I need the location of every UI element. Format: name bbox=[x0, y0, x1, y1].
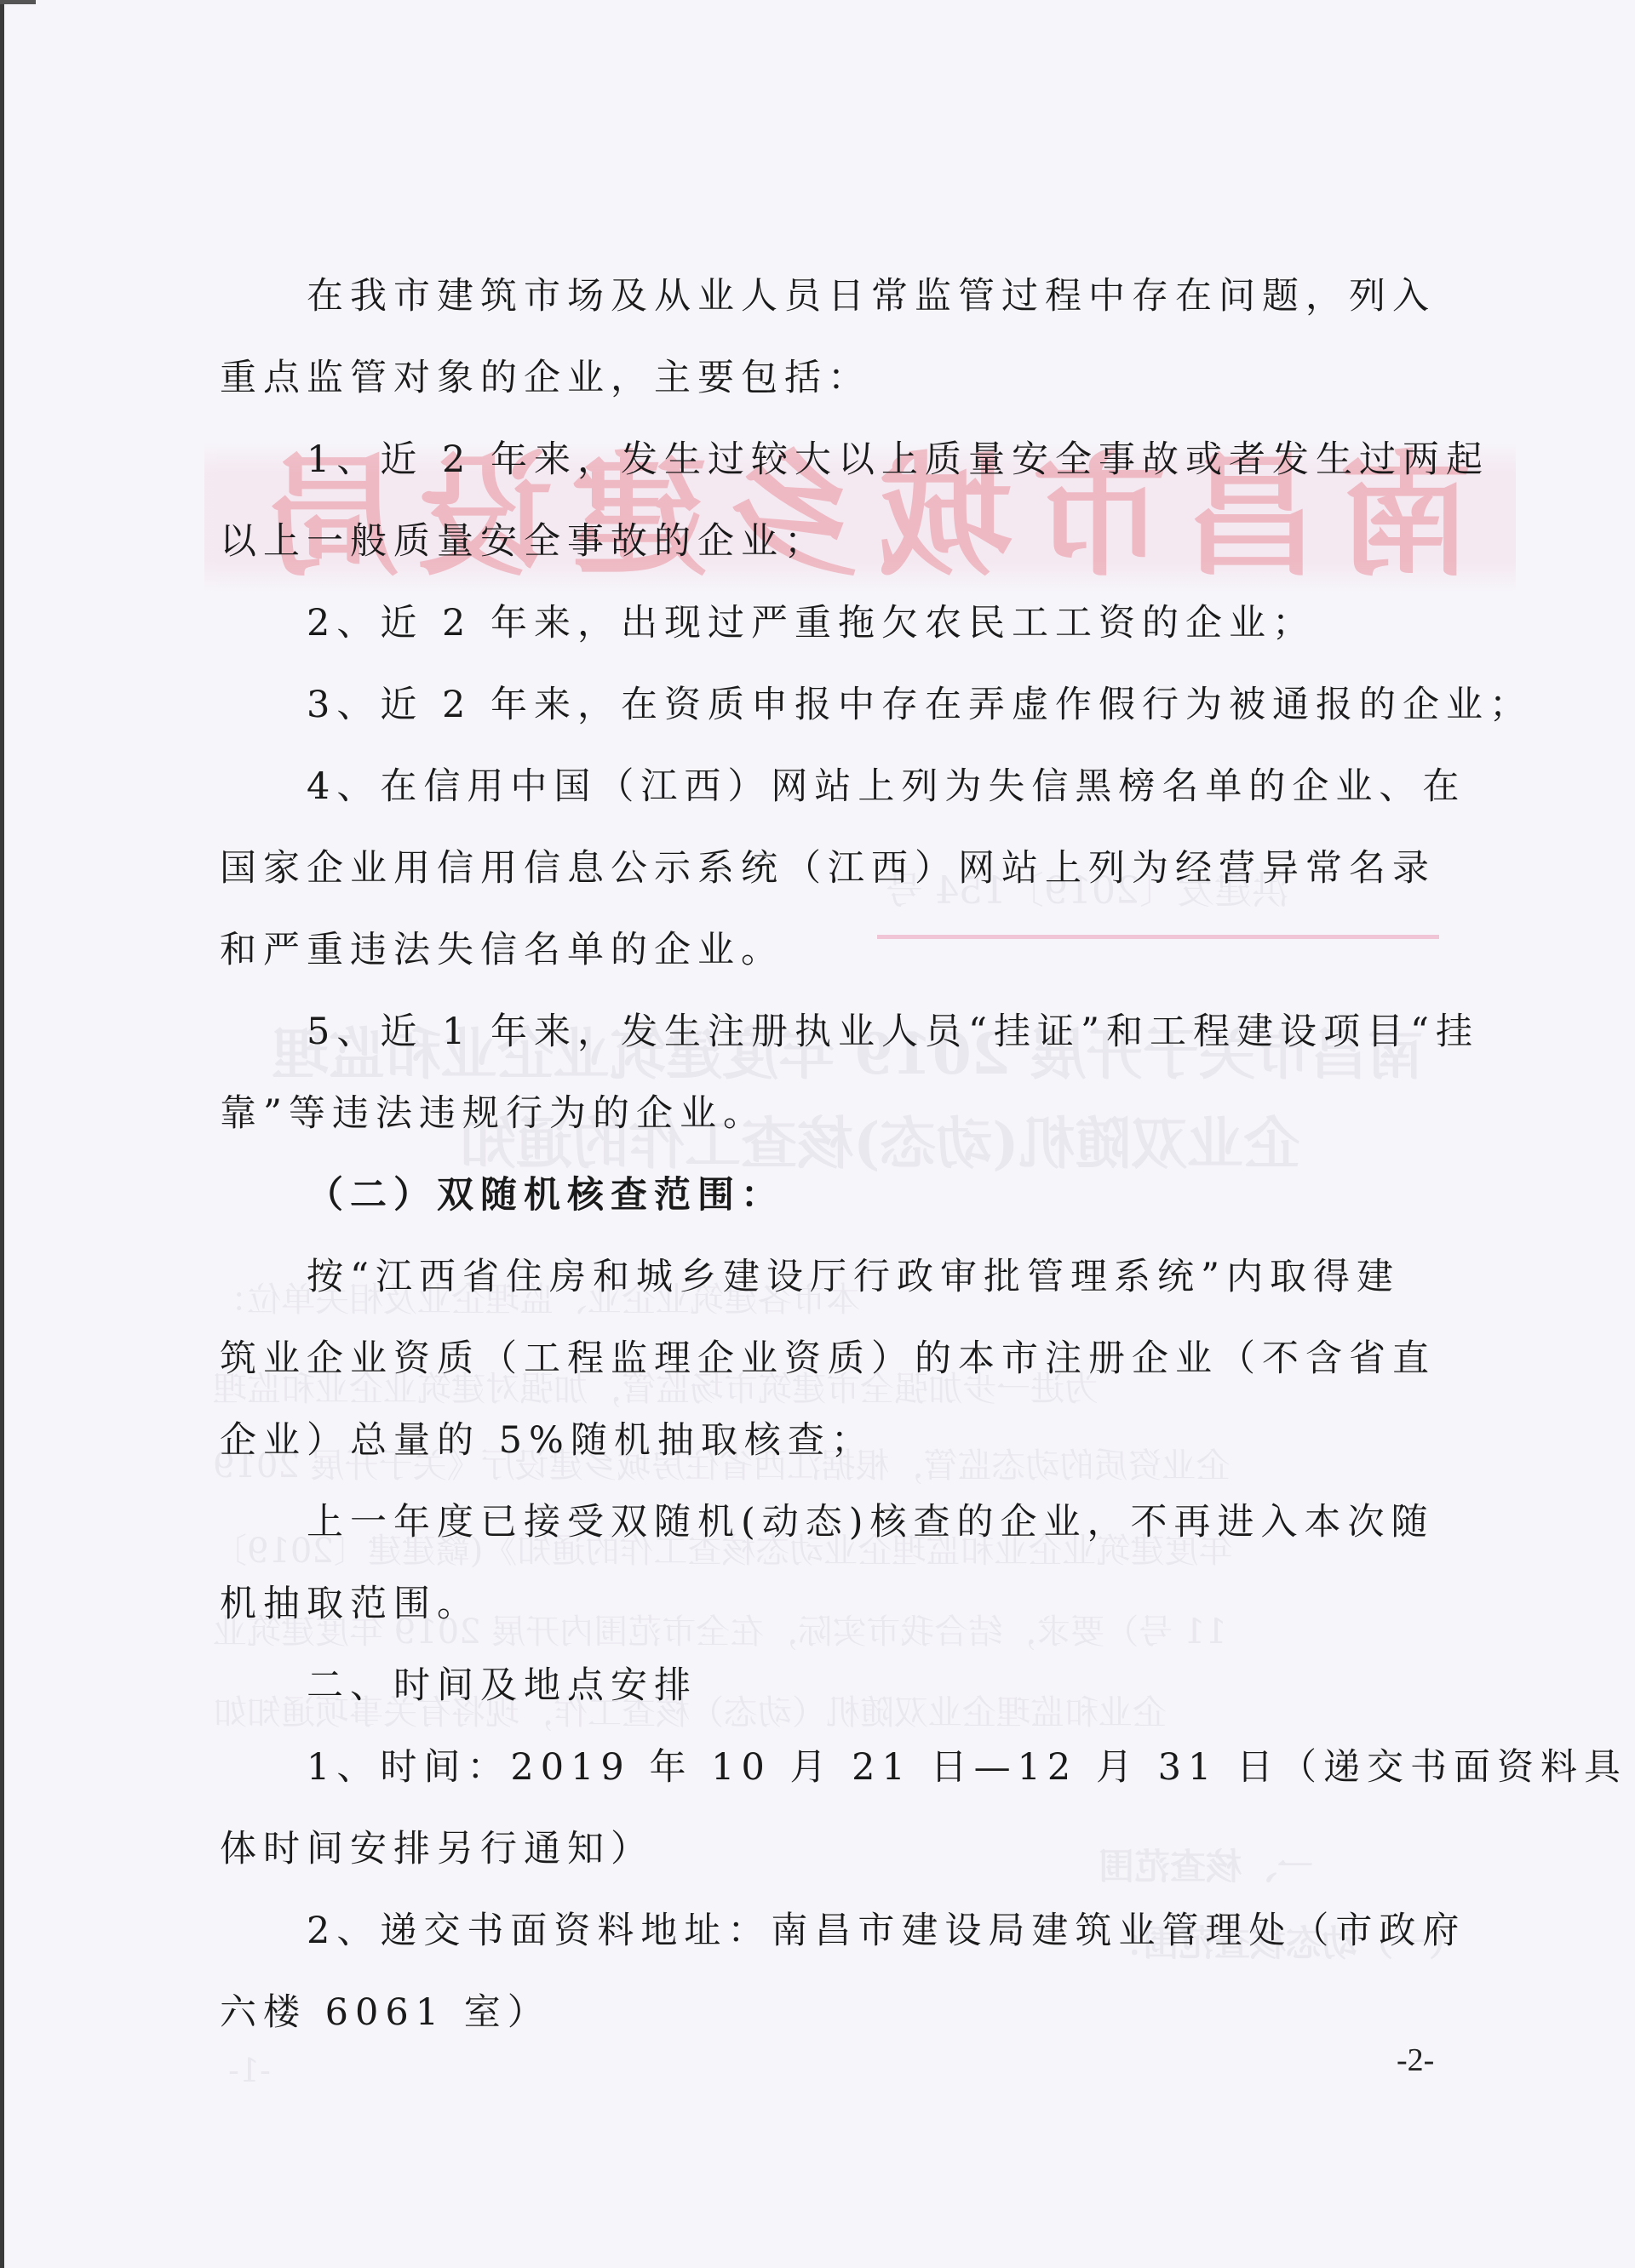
address-item: 2、递交书面资料地址：南昌市建设局建筑业管理处（市政府 bbox=[220, 1890, 1437, 1972]
ghost-text: -1- bbox=[228, 2052, 271, 2089]
paragraph-line: 机抽取范围。 bbox=[220, 1563, 1437, 1645]
document-body: 在我市建筑市场及从业人员日常监管过程中存在问题，列入 重点监管对象的企业，主要包… bbox=[220, 255, 1437, 2053]
paragraph-line: 上一年度已接受双随机(动态)核查的企业，不再进入本次随 bbox=[220, 1481, 1437, 1563]
time-item: 1、时间：2019 年 10 月 21 日—12 月 31 日（递交书面资料具 bbox=[220, 1727, 1437, 1808]
list-item-5-cont: 靠”等违法违规行为的企业。 bbox=[220, 1073, 1437, 1154]
list-item-1-cont: 以上一般质量安全事故的企业； bbox=[220, 501, 1437, 582]
page-number: -2- bbox=[1397, 2042, 1434, 2079]
section-heading-time-location: 二、时间及地点安排 bbox=[220, 1645, 1437, 1727]
time-item-cont: 体时间安排另行通知） bbox=[220, 1808, 1437, 1890]
paragraph-line: 按“江西省住房和城乡建设厅行政审批管理系统”内取得建 bbox=[220, 1236, 1437, 1318]
list-item-3: 3、近 2 年来，在资质申报中存在弄虚作假行为被通报的企业； bbox=[220, 664, 1437, 746]
section-heading-random-check-scope: （二）双随机核查范围： bbox=[220, 1154, 1437, 1236]
paragraph-line: 重点监管对象的企业，主要包括： bbox=[220, 337, 1437, 419]
list-item-4-cont: 和严重违法失信名单的企业。 bbox=[220, 909, 1437, 991]
list-item-1: 1、近 2 年来，发生过较大以上质量安全事故或者发生过两起 bbox=[220, 419, 1437, 501]
scan-edge-shadow bbox=[0, 0, 4, 2268]
list-item-4-cont: 国家企业用信用信息公示系统（江西）网站上列为经营异常名录 bbox=[220, 828, 1437, 909]
address-item-cont: 六楼 6061 室） bbox=[220, 1972, 1437, 2053]
paragraph-line: 企业）总量的 5%随机抽取核查； bbox=[220, 1400, 1437, 1481]
paragraph-line: 在我市建筑市场及从业人员日常监管过程中存在问题，列入 bbox=[220, 255, 1437, 337]
list-item-5: 5、近 1 年来，发生注册执业人员“挂证”和工程建设项目“挂 bbox=[220, 991, 1437, 1073]
scan-edge-shadow-top bbox=[0, 0, 36, 4]
list-item-2: 2、近 2 年来，出现过严重拖欠农民工工资的企业； bbox=[220, 582, 1437, 664]
list-item-4: 4、在信用中国（江西）网站上列为失信黑榜名单的企业、在 bbox=[220, 746, 1437, 828]
paragraph-line: 筑业企业资质（工程监理企业资质）的本市注册企业（不含省直 bbox=[220, 1318, 1437, 1400]
